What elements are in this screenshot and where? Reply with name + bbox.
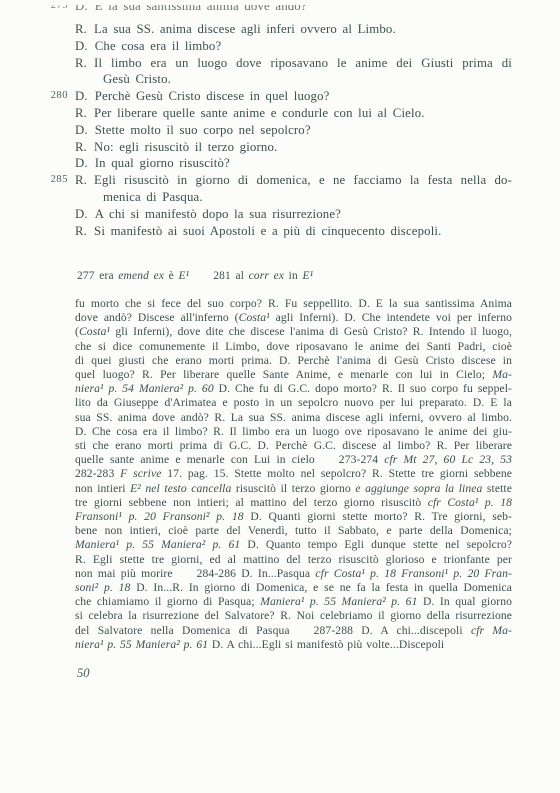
commentary-block: fu morto che si fece del suo corpo? R. F…	[75, 297, 512, 652]
main-text-line: R.Il limbo era un luogo dove riposavano …	[0, 55, 560, 72]
line-text: Stette molto il suo corpo nel sepolcro?	[95, 123, 311, 137]
line-text: Per liberare quelle sante anime e condur…	[94, 106, 425, 120]
commentary-line: niera¹ p. 54 Maniera² p. 60 D. Che fu di…	[75, 382, 512, 396]
commentary-line: D. Che cosa era il limbo? R. Il limbo er…	[75, 425, 512, 439]
speaker-label: D.	[75, 207, 88, 221]
main-text-line: D.In qual giorno risuscitò?	[0, 155, 560, 172]
main-text-continuation-line: Gesù Cristo.	[0, 71, 560, 88]
main-text-line: R.No: egli risuscitò il terzo giorno.	[0, 139, 560, 156]
line-number: 285	[36, 172, 68, 189]
main-text-block: R.La sua SS. anima discese agli inferi o…	[0, 21, 560, 239]
page-number: 50	[77, 666, 90, 681]
line-text: Che cosa era il limbo?	[95, 39, 222, 53]
main-text-line: R.Per liberare quelle sante anime e cond…	[0, 105, 560, 122]
book-page: 275 D.E la sua santissima anima dove and…	[0, 0, 560, 793]
main-text-line: D.Che cosa era il limbo?	[0, 38, 560, 55]
main-text-line: D.A chi si manifestò dopo la sua risurre…	[0, 206, 560, 223]
line-text: E la sua santissima anima dove andò?	[95, 5, 307, 13]
main-text-line: D.Stette molto il suo corpo nel sepolcro…	[0, 122, 560, 139]
speaker-label: R.	[75, 140, 87, 154]
speaker-label: D.	[75, 39, 88, 53]
commentary-line: sti che erano morti prima di G.C. D. Per…	[75, 439, 512, 453]
commentary-line: Fransoni¹ p. 20 Fransoni² p. 18 D. Quant…	[75, 510, 512, 524]
commentary-line: che chiamiamo il giorno di Pasqua; Manie…	[75, 595, 512, 609]
speaker-label: D.	[75, 5, 88, 13]
speaker-label: R.	[75, 106, 87, 120]
commentary-line: non intieri E² nel testo cancella risusc…	[75, 482, 512, 496]
speaker-label: D.	[75, 89, 88, 103]
line-text: menica di Pasqua.	[103, 190, 203, 204]
line-text: No: egli risuscitò il terzo giorno.	[94, 140, 277, 154]
speaker-label: D.	[75, 123, 88, 137]
speaker-label: R.	[75, 224, 87, 238]
commentary-line: quel luogo? R. Per liberare quelle Sante…	[75, 368, 512, 382]
commentary-line: tre giorni sebbene non intieri; al matti…	[75, 496, 512, 510]
commentary-line: 282-283 F scrive 17. pag. 15. Stette mol…	[75, 467, 512, 481]
commentary-line: (Costa¹ gli Inferni), dove dite che disc…	[75, 325, 512, 339]
line-text: La sua SS. anima discese agli inferi ovv…	[94, 22, 396, 36]
line-text: Perchè Gesù Cristo discese in quel luogo…	[95, 89, 330, 103]
commentary-line: niera¹ p. 55 Maniera² p. 61 D. A chi...E…	[75, 638, 512, 652]
commentary-line: R. Egli stette tre giorni, ed al mattino…	[75, 553, 512, 567]
clipped-top-line: 275 D.E la sua santissima anima dove and…	[0, 5, 560, 15]
line-text: In qual giorno risuscitò?	[95, 156, 230, 170]
speaker-label: D.	[75, 156, 88, 170]
main-text-line: R.La sua SS. anima discese agli inferi o…	[0, 21, 560, 38]
commentary-line: si celebra la risurrezione del Salvatore…	[75, 609, 512, 623]
speaker-label: R.	[75, 56, 87, 70]
commentary-line: lito da Giuseppe d'Arimatea e posto in u…	[75, 396, 512, 410]
commentary-line: bene non intieri, cioè parte del Venerdì…	[75, 524, 512, 538]
line-text: Gesù Cristo.	[103, 72, 171, 86]
line-number: 275	[36, 5, 68, 15]
commentary-line: fu morto che si fece del suo corpo? R. F…	[75, 297, 512, 311]
commentary-line: dove andò? Discese all'inferno (Costa¹ a…	[75, 311, 512, 325]
commentary-line: soni² p. 18 D. In...R. In giorno di Dome…	[75, 581, 512, 595]
apparatus-line: 277 era emend ex è E¹281 al corr ex in E…	[77, 269, 520, 283]
line-text: Il limbo era un luogo dove riposavano le…	[94, 56, 512, 70]
commentary-line: che si dice comunemente il Limbo, dove r…	[75, 340, 512, 354]
line-text: Si manifestò ai suoi Apostoli e a più di…	[94, 224, 441, 238]
line-text: A chi si manifestò dopo la sua risurrezi…	[95, 207, 341, 221]
commentary-line: non mai più morire284-286 D. In...Pasqua…	[75, 567, 512, 581]
main-text-line: 280D.Perchè Gesù Cristo discese in quel …	[0, 88, 560, 105]
speaker-label: R.	[75, 22, 87, 36]
commentary-line: Maniera¹ p. 55 Maniera² p. 61 D. Quanto …	[75, 538, 512, 552]
clipped-line-text: D.E la sua santissima anima dove andò?	[75, 5, 464, 15]
commentary-line: quelle sante anime e menarle con Lui in …	[75, 453, 512, 467]
main-text-continuation-line: menica di Pasqua.	[0, 189, 560, 206]
commentary-line: sua SS. anima dove andò? R. La sua SS. a…	[75, 411, 512, 425]
speaker-label: R.	[75, 173, 87, 187]
line-text: Egli risuscitò in giorno di domenica, e …	[94, 173, 512, 187]
commentary-line: di quei giusti che erano morti prima. D.…	[75, 354, 512, 368]
main-text-line: R.Si manifestò ai suoi Apostoli e a più …	[0, 223, 560, 240]
line-number: 280	[36, 88, 68, 105]
main-text-line: 285R.Egli risuscitò in giorno di domenic…	[0, 172, 560, 189]
commentary-line: del Salvatore nella Domenica di Pasqua28…	[75, 624, 512, 638]
